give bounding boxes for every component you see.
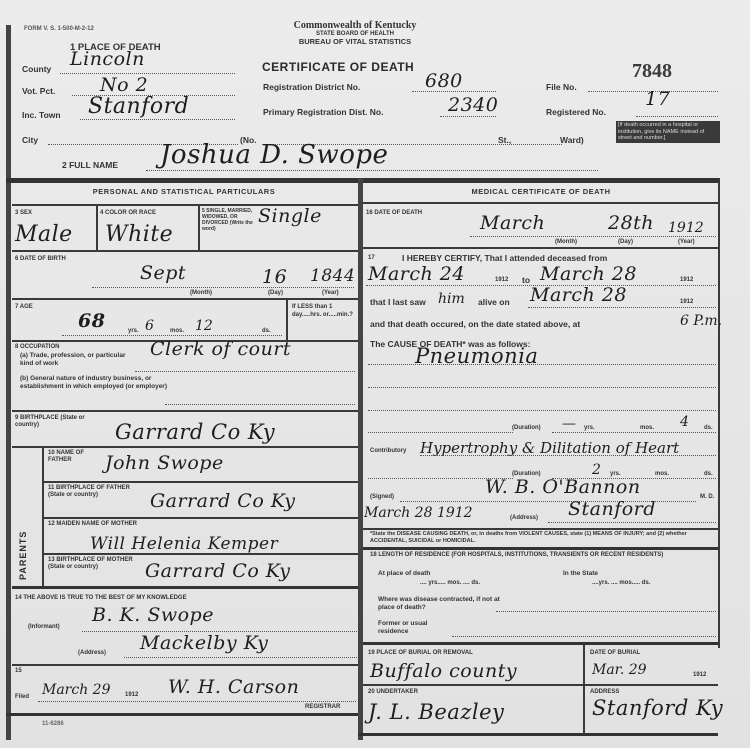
birthplace-value: Garrard Co Ky	[115, 420, 275, 444]
file-no-value: 7848	[632, 60, 672, 83]
personal-heading: PERSONAL AND STATISTICAL PARTICULARS	[12, 187, 356, 196]
informant-address-label: (Address)	[78, 650, 106, 656]
mother-birthplace-label: 13 BIRTHPLACE OF MOTHER (State or countr…	[48, 557, 138, 571]
hospital-note: [If death occurred in a hospital or inst…	[616, 121, 720, 143]
signed-date: March 28 1912	[364, 505, 473, 521]
dod-month: March	[480, 212, 545, 234]
vot-pct-value: No 2	[100, 74, 148, 96]
former-residence-label: Former or usual residence	[378, 620, 448, 636]
occupation-label: 8 OCCUPATION	[15, 344, 59, 350]
undertaker-label: 20 UNDERTAKER	[368, 689, 418, 695]
last-saw-pronoun: him	[438, 291, 465, 307]
filed-year: 1912	[125, 692, 138, 698]
dod-label: 16 DATE OF DEATH	[366, 210, 422, 216]
age-label: 7 AGE	[15, 304, 33, 310]
dob-year: 1844	[310, 266, 355, 286]
year-caption: (Year)	[322, 290, 339, 296]
father-birthplace-label: 11 BIRTHPLACE OF FATHER (State or countr…	[48, 485, 138, 499]
cause-ds-label: ds.	[704, 425, 713, 431]
cause-duration-label: (Duration)	[512, 425, 541, 431]
contributory-label: Contributory	[370, 448, 406, 454]
dod-year-caption: (Year)	[678, 239, 695, 245]
filed-date: March 29	[42, 682, 111, 698]
county-value: Lincoln	[70, 48, 145, 70]
district-value: 680	[425, 70, 463, 92]
race-label: 4 COLOR OR RACE	[100, 210, 156, 216]
sex-label: 3 SEX	[15, 210, 32, 216]
full-name-value: Joshua D. Swope	[160, 140, 388, 170]
full-name-label: 2 FULL NAME	[62, 160, 118, 170]
in-state-label: In the State	[563, 570, 603, 578]
burial-place-label: 19 PLACE OF BURIAL OR REMOVAL	[368, 650, 473, 656]
vot-pct-label: Vot. Pct.	[22, 86, 55, 96]
attended-from: March 24	[368, 263, 465, 285]
residence-state-units: ....yrs. .... mos..... ds.	[592, 580, 650, 586]
informant-heading: 14 THE ABOVE IS TRUE TO THE BEST OF MY K…	[15, 595, 187, 601]
age-days: 12	[195, 318, 213, 334]
dod-month-caption: (Month)	[555, 239, 577, 245]
to-label: to	[522, 275, 530, 285]
filed-number: 15	[15, 668, 22, 674]
contributory-mos-label: mos.	[655, 471, 669, 477]
occupation-a-label: (a) Trade, profession, or particular kin…	[20, 352, 140, 368]
medical-heading: MEDICAL CERTIFICATE OF DEATH	[364, 187, 718, 196]
month-caption: (Month)	[190, 290, 212, 296]
ward-label: Ward)	[560, 135, 584, 145]
attended-to-year: 1912	[680, 277, 693, 283]
age-months: 6	[145, 318, 154, 334]
county-label: County	[22, 64, 51, 74]
bureau-title: BUREAU OF VITAL STATISTICS	[255, 37, 455, 46]
residence-place-units: .... yrs..... mos. .... ds.	[420, 580, 480, 586]
cause-duration-days: 4	[680, 414, 689, 430]
death-occurred-text: and that death occured, on the date stat…	[370, 319, 580, 329]
dod-year: 1912	[668, 220, 704, 236]
registered-no-label: Registered No.	[546, 107, 606, 117]
sex-value: Male	[15, 222, 73, 247]
dob-label: 6 DATE OF BIRTH	[15, 256, 66, 262]
registrar-signature: W. H. Carson	[168, 676, 299, 698]
md-label: M. D.	[700, 494, 714, 500]
yrs-label: yrs.	[128, 328, 139, 334]
physician-signature: W. B. O'Bannon	[485, 476, 641, 498]
father-value: John Swope	[105, 452, 224, 474]
informant-label: (Informant)	[28, 624, 60, 630]
physician-address-label: (Address)	[510, 515, 538, 521]
filed-label: Filed	[15, 694, 29, 700]
last-saw-date: March 28	[530, 284, 627, 306]
physician-address-value: Stanford	[568, 498, 656, 520]
birthplace-label: 9 BIRTHPLACE (State or country)	[15, 415, 105, 429]
burial-year: 1912	[693, 672, 706, 678]
certify-number: 17	[368, 255, 375, 261]
center-divider	[358, 178, 363, 740]
dob-month: Sept	[140, 262, 186, 284]
registered-no-value: 17	[645, 88, 670, 110]
undertaker-address-label: ADDRESS	[590, 689, 619, 695]
informant-address-value: Mackelby Ky	[140, 632, 268, 654]
district-label: Registration District No.	[263, 82, 360, 92]
commonwealth-title: Commonwealth of Kentucky	[255, 20, 455, 31]
certificate-title: CERTIFICATE OF DEATH	[262, 60, 414, 74]
attended-from-year: 1912	[495, 277, 508, 283]
registrar-label: REGISTRAR	[305, 704, 340, 710]
street-label: St.,	[498, 135, 511, 145]
cause-mos-label: mos.	[640, 425, 654, 431]
at-place-label: At place of death	[378, 570, 438, 578]
informant-value: B. K. Swope	[92, 604, 214, 626]
dob-day: 16	[262, 266, 287, 288]
city-label: City	[22, 135, 38, 145]
marital-value: Single	[258, 205, 322, 227]
form-number: FORM V. S. 1-500-M-2-12	[24, 26, 94, 32]
mother-value: Will Helenia Kemper	[90, 534, 278, 554]
inc-town-value: Stanford	[88, 94, 189, 119]
mother-label: 12 MAIDEN NAME OF MOTHER	[48, 521, 138, 528]
death-time: 6 P.m.	[680, 313, 722, 329]
parents-label: PARENTS	[18, 470, 28, 580]
contributory-ds-label: ds.	[704, 471, 713, 477]
ds-label: ds.	[262, 328, 271, 334]
dod-day: 28th	[608, 212, 654, 234]
left-border	[6, 25, 11, 740]
cause-footnote: *State the DISEASE CAUSING DEATH, or, in…	[370, 531, 716, 545]
dod-day-caption: (Day)	[618, 239, 633, 245]
burial-date-value: Mar. 29	[592, 662, 647, 678]
marital-label: 5 SINGLE, MARRIED, WIDOWED, OR DIVORCED …	[202, 208, 258, 232]
alive-label: alive on	[478, 297, 510, 307]
burial-date-label: DATE OF BURIAL	[590, 650, 640, 656]
certify-text: I HEREBY CERTIFY, That I attended deceas…	[402, 253, 607, 263]
occupation-b-label: (b) General nature of industry business,…	[20, 375, 170, 391]
primary-district-value: 2340	[448, 94, 498, 116]
footer-code: 11-6286	[42, 721, 64, 727]
last-saw-year: 1912	[680, 299, 693, 305]
last-saw-label: that I last saw	[370, 297, 426, 307]
undertaker-value: J. L. Beazley	[368, 700, 504, 724]
undertaker-address-value: Stanford Ky	[592, 696, 723, 720]
file-no-label: File No.	[546, 82, 577, 92]
race-value: White	[105, 222, 173, 247]
cause-yrs-label: yrs.	[584, 425, 595, 431]
mother-birthplace-value: Garrard Co Ky	[145, 560, 291, 582]
occupation-a-value: Clerk of court	[150, 338, 291, 360]
cause-duration-yrs: —	[562, 416, 576, 432]
residence-label: 18 LENGTH OF RESIDENCE (FOR HOSPITALS, I…	[370, 552, 716, 559]
father-birthplace-value: Garrard Co Ky	[150, 490, 296, 512]
signed-label: (Signed)	[370, 494, 394, 500]
inc-town-label: Inc. Town	[22, 110, 61, 120]
father-label: 10 NAME OF FATHER	[48, 450, 108, 464]
mos-label: mos.	[170, 328, 184, 334]
attended-to: March 28	[540, 263, 637, 285]
primary-district-label: Primary Registration Dist. No.	[263, 107, 383, 117]
burial-place-value: Buffalo county	[370, 660, 517, 682]
disease-contracted-label: Where was disease contracted, if not at …	[378, 596, 508, 612]
age-years: 68	[78, 310, 105, 332]
day-caption: (Day)	[268, 290, 283, 296]
header: Commonwealth of Kentucky STATE BOARD OF …	[255, 20, 455, 46]
less-than-day-label: If LESS than 1 day.....hrs. or.....min.?	[292, 303, 356, 319]
death-certificate: FORM V. S. 1-500-M-2-12 Commonwealth of …	[0, 0, 750, 748]
